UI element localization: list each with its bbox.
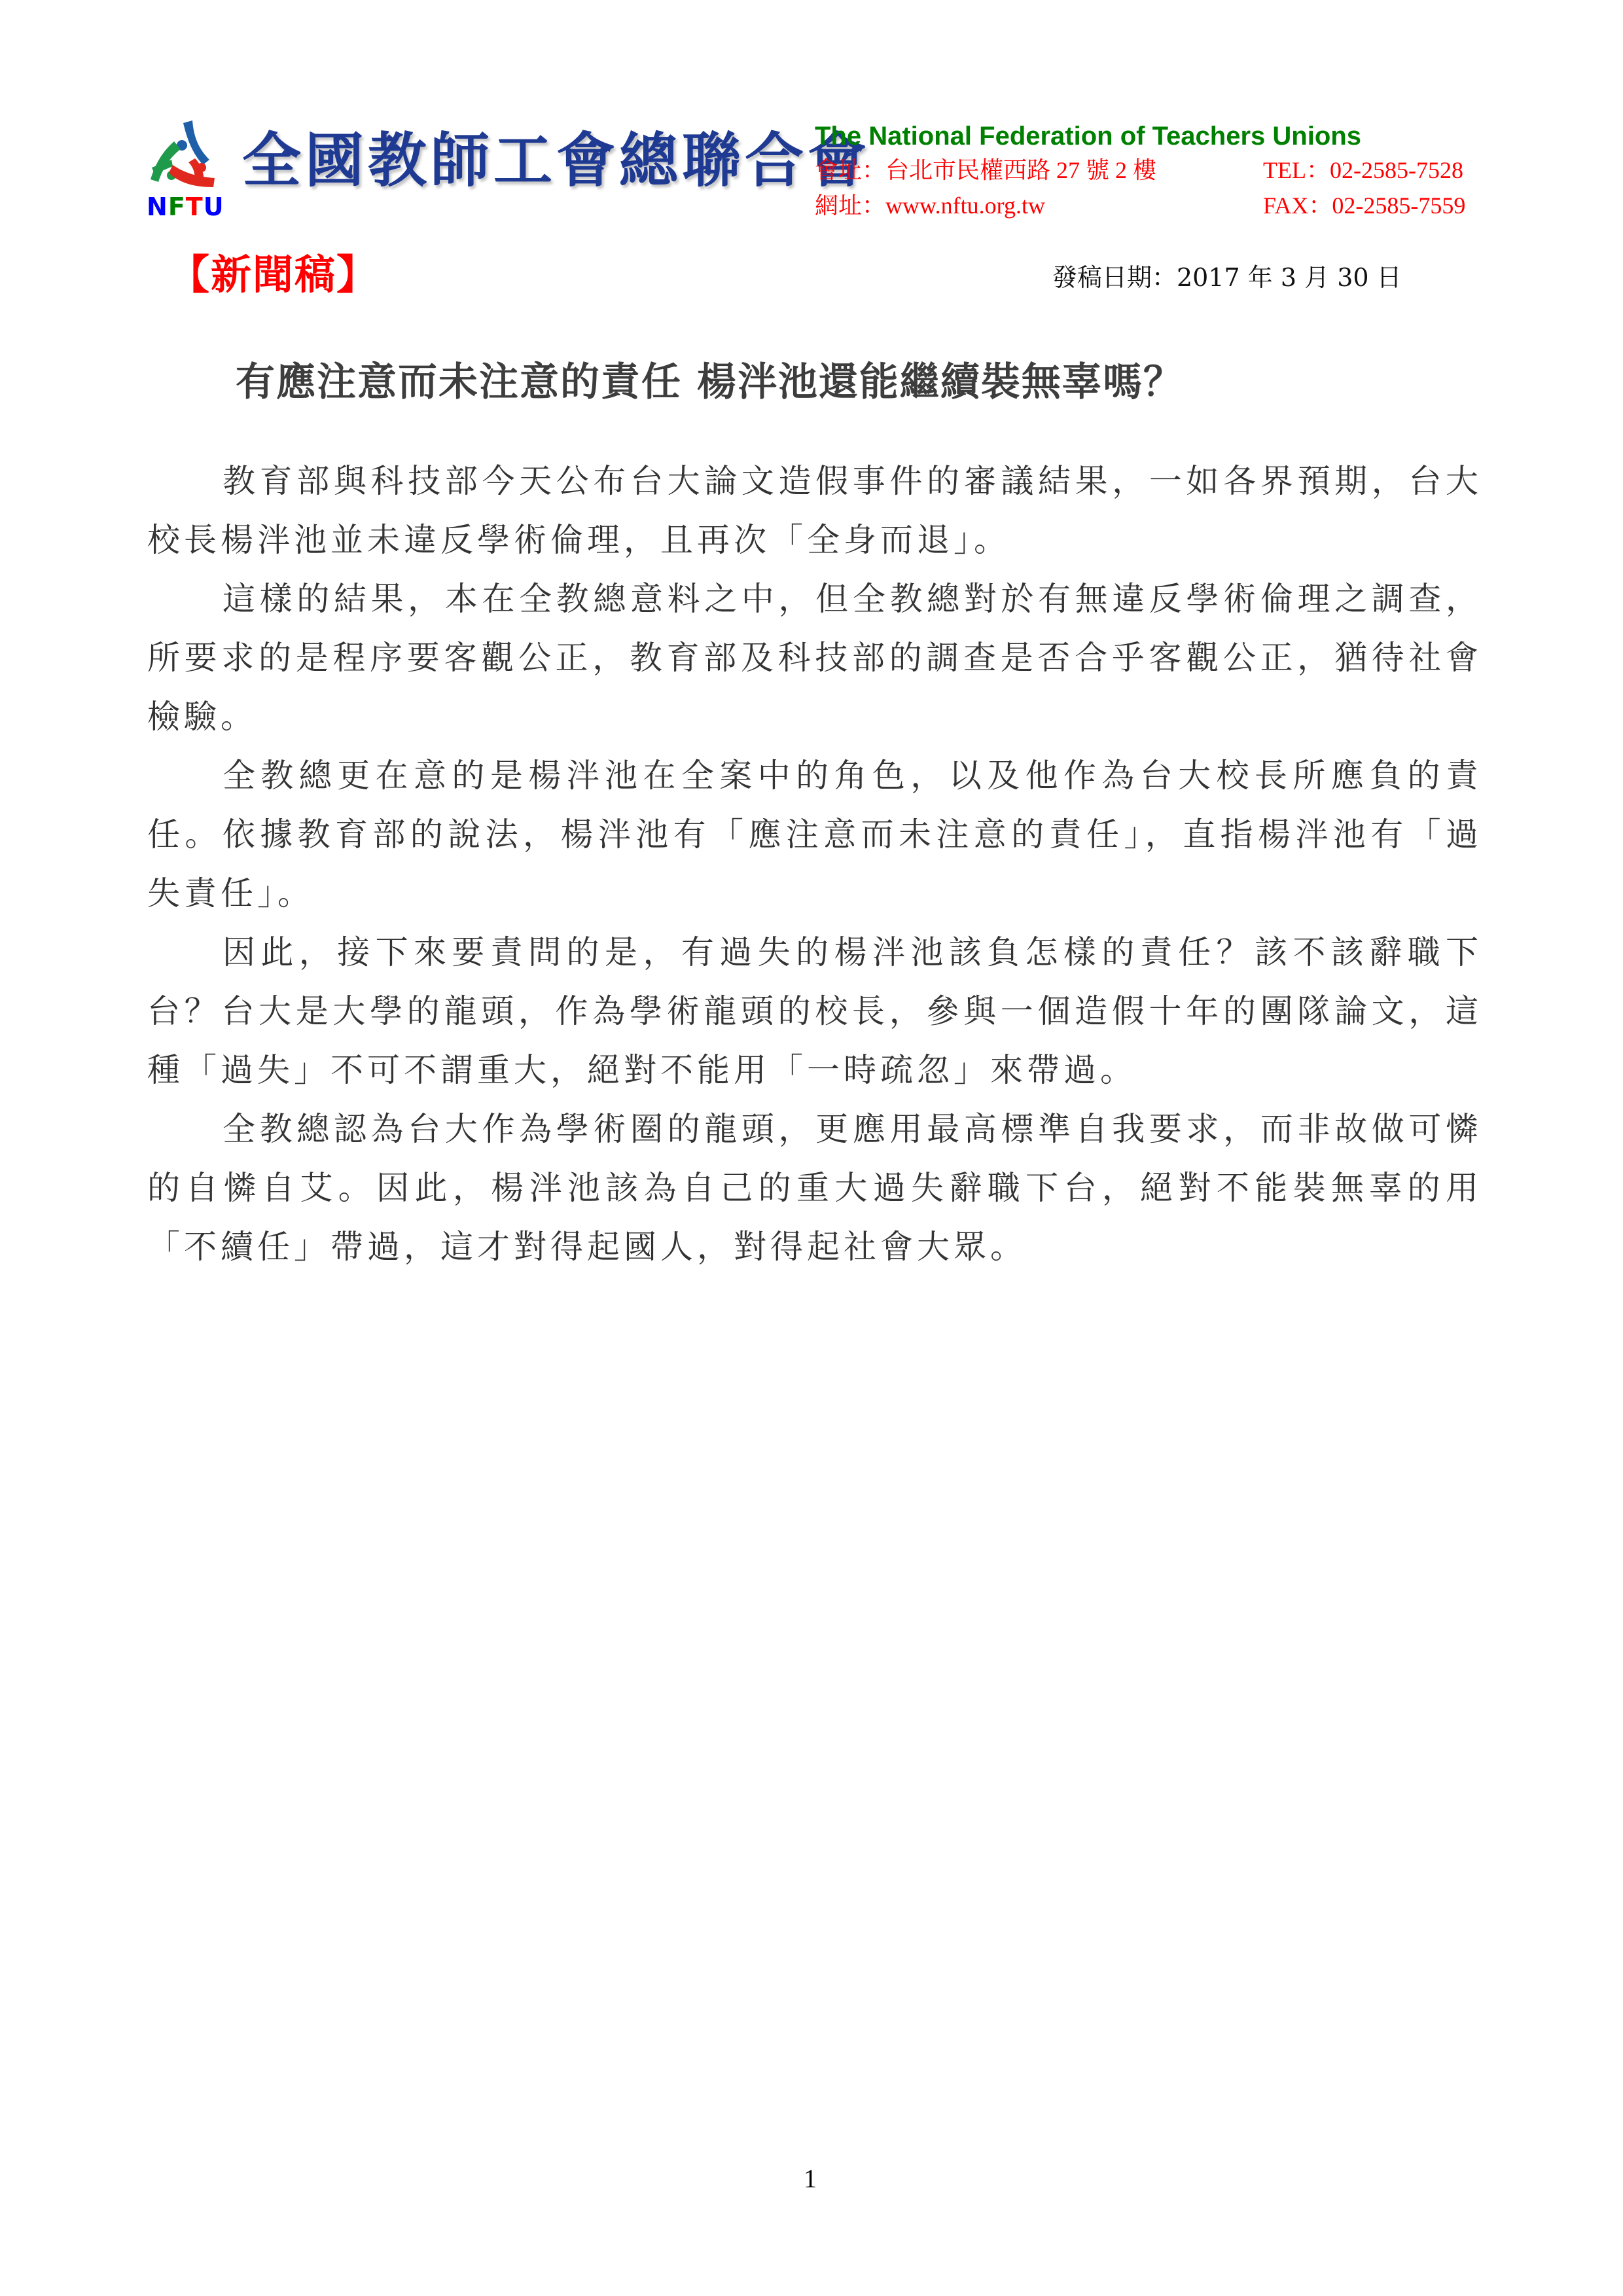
logo-letter-u: U — [204, 192, 224, 221]
paragraph: 全教總更在意的是楊泮池在全案中的角色，以及他作為台大校長所應負的責任。依據教育部… — [147, 746, 1482, 923]
logo-letter-f: F — [168, 192, 186, 221]
paragraph: 因此，接下來要責問的是，有過失的楊泮池該負怎樣的責任？該不該辭職下台？台大是大學… — [147, 923, 1482, 1100]
paragraph: 這樣的結果，本在全教總意料之中，但全教總對於有無違反學術倫理之調查，所要求的是程… — [147, 569, 1482, 746]
logo-letter-t: T — [186, 192, 204, 221]
org-address: 會址：台北市民權西路 27 號 2 樓 — [815, 156, 1156, 185]
logo-org-name-zh: 全國教師工會總聯合會 — [242, 124, 870, 196]
org-telephone: TEL：02-2585-7528 — [1263, 156, 1463, 185]
org-fax: FAX：02-2585-7559 — [1263, 191, 1465, 220]
press-release-label: 【新聞稿】 — [169, 249, 378, 301]
article-body: 教育部與科技部今天公布台大論文造假事件的審議結果，一如各界預期，台大校長楊泮池並… — [147, 452, 1482, 1276]
headline: 有應注意而未注意的責任 楊泮池還能繼續裝無辜嗎？ — [236, 359, 1414, 406]
release-date: 發稿日期：2017 年 3 月 30 日 — [1052, 260, 1402, 295]
org-website: 網址：www.nftu.org.tw — [815, 191, 1045, 220]
nftu-logo-icon — [145, 119, 219, 192]
logo-letter-n: N — [147, 192, 168, 221]
paragraph: 全教總認為台大作為學術圈的龍頭，更應用最高標準自我要求，而非故做可憐的自憐自艾。… — [147, 1100, 1482, 1276]
org-name-en: The National Federation of Teachers Unio… — [815, 120, 1361, 152]
page-number: 1 — [804, 2163, 817, 2195]
logo-acronym: NFTU — [147, 194, 224, 220]
paragraph: 教育部與科技部今天公布台大論文造假事件的審議結果，一如各界預期，台大校長楊泮池並… — [147, 452, 1482, 569]
